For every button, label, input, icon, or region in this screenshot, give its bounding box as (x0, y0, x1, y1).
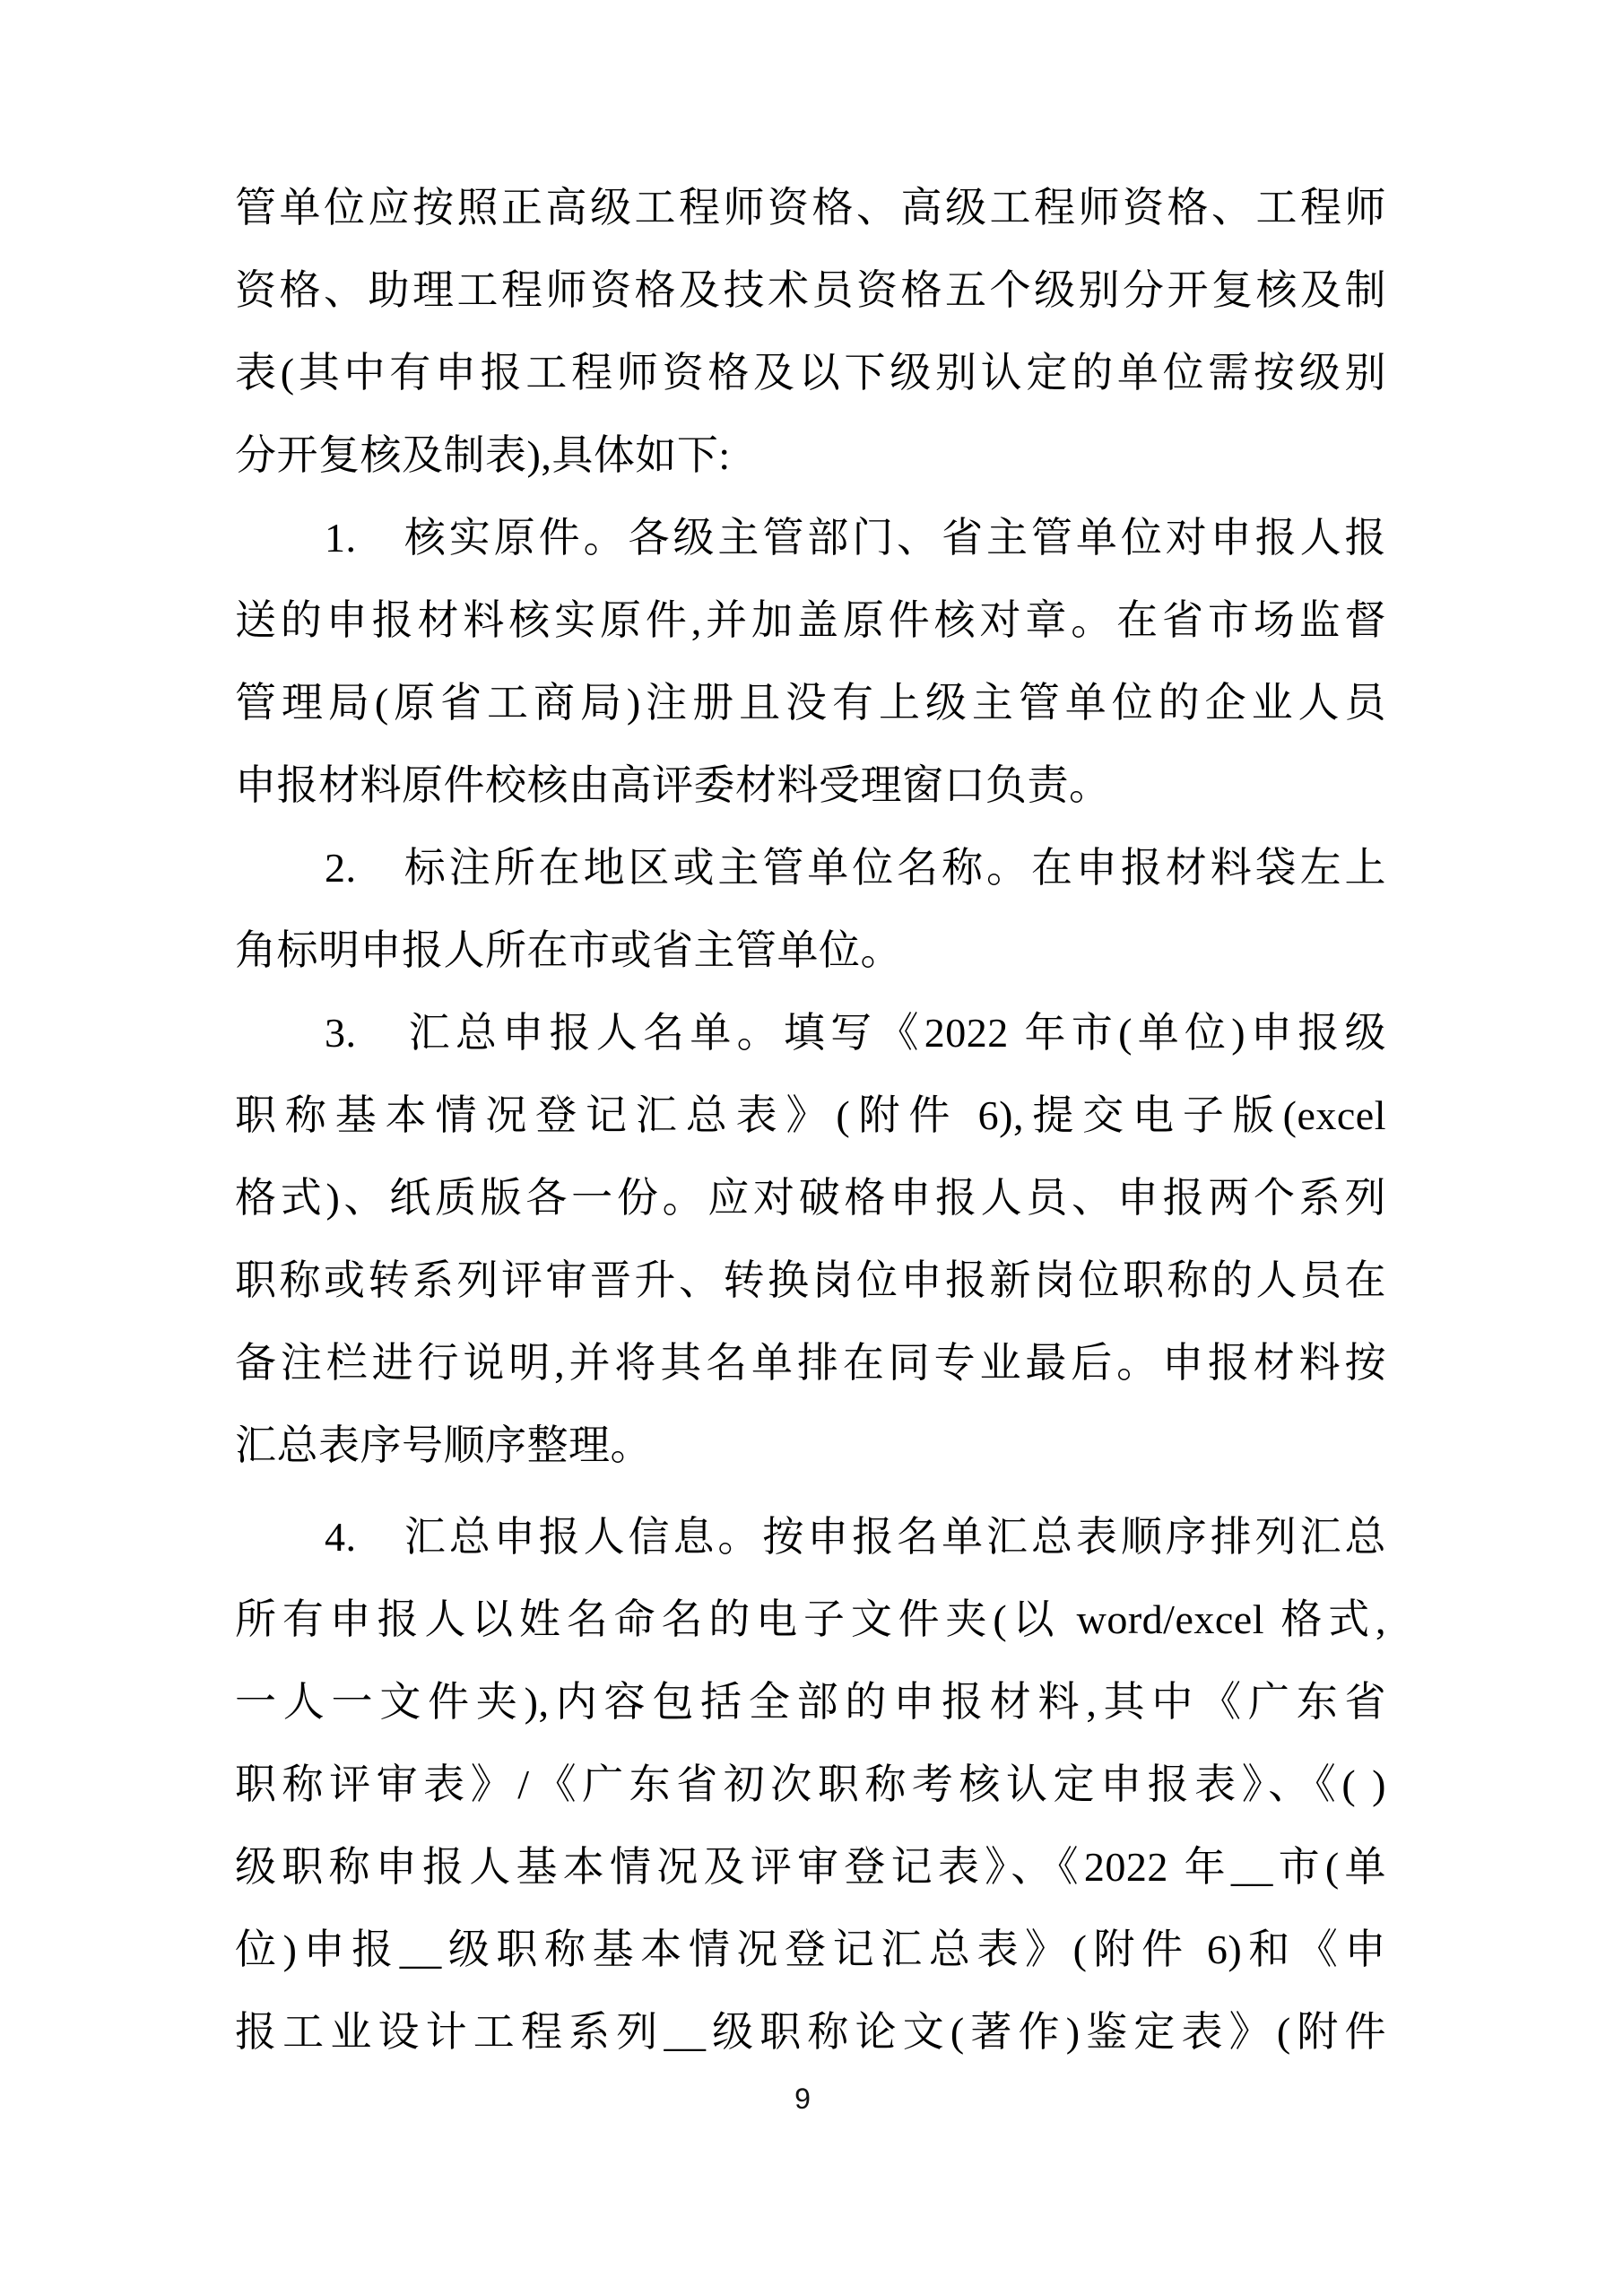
text-line: 4. 汇总申报人信息。按申报名单汇总表顺序排列汇总 (235, 1496, 1386, 1578)
document-body: 管单位应按照正高级工程师资格、高级工程师资格、工程师 资格、助理工程师资格及技术… (235, 167, 1386, 2074)
page-number: 9 (0, 2083, 1605, 2115)
text-line: 备注栏进行说明,并将其名单排在同专业最后。申报材料按 (235, 1322, 1386, 1405)
text-line: 格式)、纸质版各一份。应对破格申报人员、申报两个系列 (235, 1157, 1386, 1239)
text-line: 所有申报人以姓名命名的电子文件夹(以 word/excel 格式, (235, 1578, 1386, 1661)
text-line: 表(其中有申报工程师资格及以下级别认定的单位需按级别 (235, 332, 1386, 414)
text-line: 角标明申报人所在市或省主管单位。 (235, 909, 1386, 992)
text-line: 管单位应按照正高级工程师资格、高级工程师资格、工程师 (235, 167, 1386, 249)
text-line: 送的申报材料核实原件,并加盖原件核对章。在省市场监督 (235, 579, 1386, 662)
text-line: 级职称申报人基本情况及评审登记表》、《2022 年__市(单 (235, 1826, 1386, 1909)
text-line: 分开复核及制表),具体如下: (235, 414, 1386, 497)
text-line: 职称评审表》/《广东省初次职称考核认定申报表》、《( ) (235, 1744, 1386, 1826)
text-line: 1. 核实原件。各级主管部门、省主管单位对申报人报 (235, 497, 1386, 579)
text-line: 申报材料原件校核由高评委材料受理窗口负责。 (235, 744, 1386, 827)
text-line: 位)申报__级职称基本情况登记汇总表》(附件 6)和《申 (235, 1909, 1386, 1991)
text-line: 汇总表序号顺序整理。 (235, 1405, 1386, 1487)
text-line: 报工业设计工程系列__级职称论文(著作)鉴定表》(附件 (235, 1991, 1386, 2074)
text-line: 2. 标注所在地区或主管单位名称。在申报材料袋左上 (235, 827, 1386, 909)
text-line: 职称或转系列评审晋升、转换岗位申报新岗位职称的人员在 (235, 1239, 1386, 1322)
text-line: 3. 汇总申报人名单。填写《2022 年市(单位)申报级 (235, 992, 1386, 1074)
text-line: 一人一文件夹),内容包括全部的申报材料,其中《广东省 (235, 1661, 1386, 1744)
document-page: 管单位应按照正高级工程师资格、高级工程师资格、工程师 资格、助理工程师资格及技术… (0, 0, 1623, 2296)
text-line: 管理局(原省工商局)注册且没有上级主管单位的企业人员 (235, 662, 1386, 744)
text-line: 职称基本情况登记汇总表》(附件 6),提交电子版(excel (235, 1074, 1386, 1157)
text-line: 资格、助理工程师资格及技术员资格五个级别分开复核及制 (235, 249, 1386, 332)
